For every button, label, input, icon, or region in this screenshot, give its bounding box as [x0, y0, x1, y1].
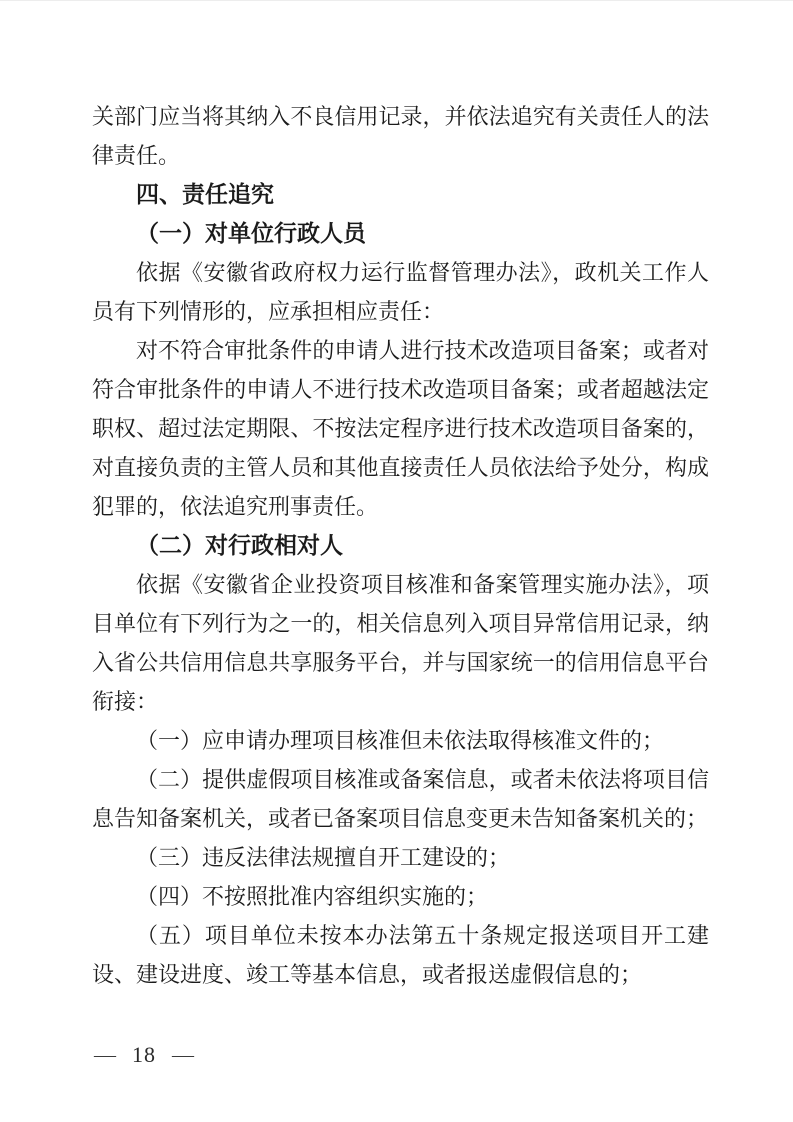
document-body: 关部门应当将其纳入不良信用记录，并依法追究有关责任人的法律责任。四、责任追究（一…: [92, 97, 709, 994]
body-paragraph: 对不符合审批条件的申请人进行技术改造项目备案；或者对符合审批条件的申请人不进行技…: [92, 331, 709, 526]
footer-dash-left: —: [94, 1044, 116, 1067]
body-paragraph: （一）应申请办理项目核准但未依法取得核准文件的；: [92, 721, 709, 760]
footer-dash-right: —: [172, 1044, 194, 1067]
body-paragraph: （三）违反法律法规擅自开工建设的；: [92, 838, 709, 877]
page-footer: — 18 —: [95, 1042, 193, 1068]
page-number: 18: [132, 1042, 156, 1068]
subsection-heading: （一）对单位行政人员: [92, 214, 709, 253]
body-paragraph: （四）不按照批准内容组织实施的；: [92, 877, 709, 916]
body-paragraph: 依据《安徽省政府权力运行监督管理办法》，政机关工作人员有下列情形的，应承担相应责…: [92, 253, 709, 331]
body-paragraph: 关部门应当将其纳入不良信用记录，并依法追究有关责任人的法律责任。: [92, 97, 709, 175]
section-heading: 四、责任追究: [92, 175, 709, 214]
body-paragraph: （五）项目单位未按本办法第五十条规定报送项目开工建设、建设进度、竣工等基本信息，…: [92, 916, 709, 994]
body-paragraph: （二）提供虚假项目核准或备案信息，或者未依法将项目信息告知备案机关，或者已备案项…: [92, 760, 709, 838]
subsection-heading: （二）对行政相对人: [92, 526, 709, 565]
document-page: 关部门应当将其纳入不良信用记录，并依法追究有关责任人的法律责任。四、责任追究（一…: [0, 0, 793, 1122]
body-paragraph: 依据《安徽省企业投资项目核准和备案管理实施办法》，项目单位有下列行为之一的，相关…: [92, 565, 709, 721]
